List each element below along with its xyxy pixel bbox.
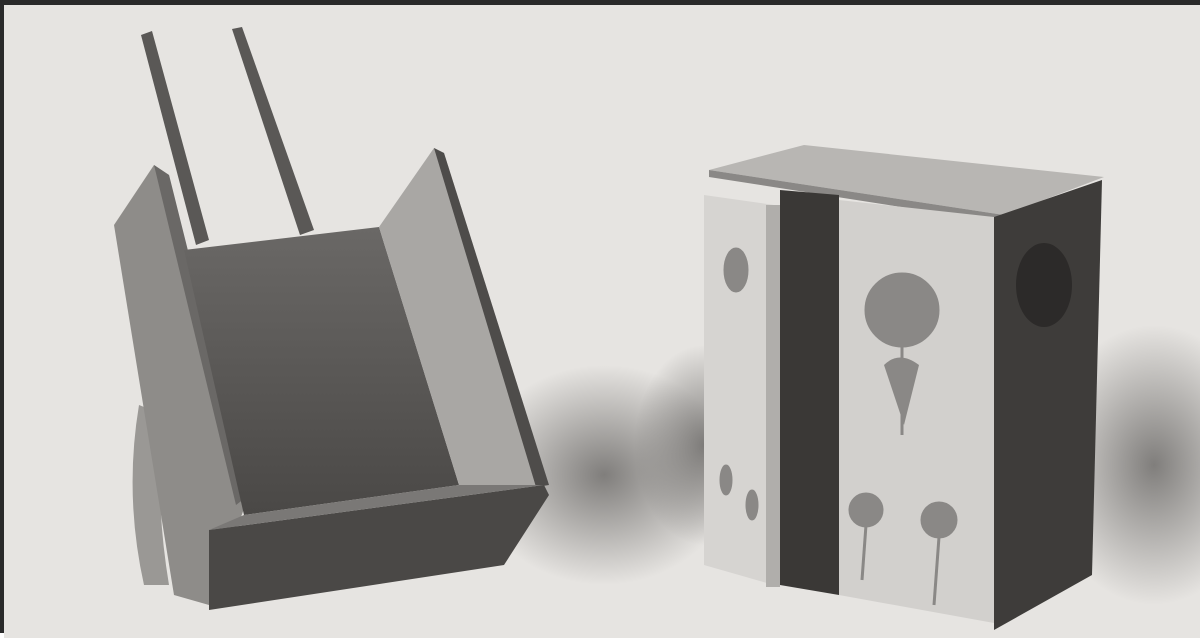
- photograph: [4, 5, 1200, 633]
- cabinet-interior: [780, 190, 839, 595]
- photo-frame: Old photograph of a small wooden wheelba…: [0, 0, 1200, 633]
- cabinet: [704, 145, 1104, 630]
